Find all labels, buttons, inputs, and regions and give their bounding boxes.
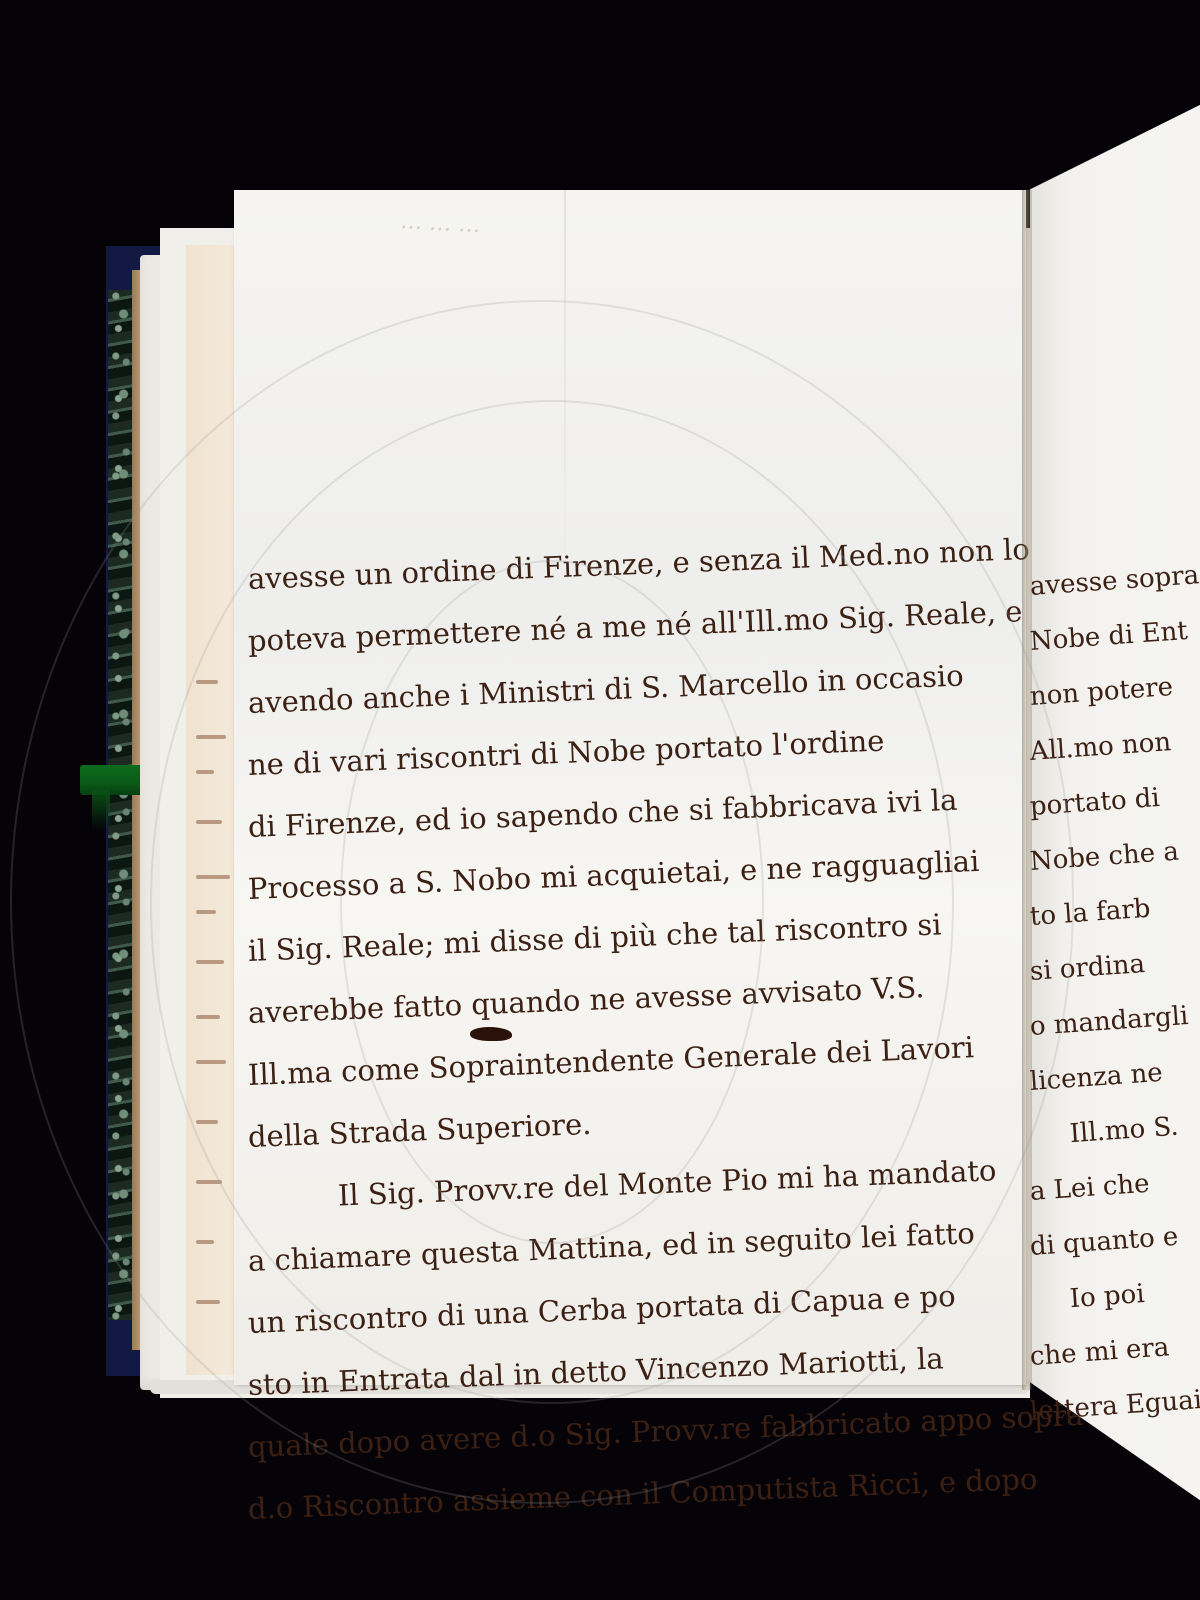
green-ribbon-tail — [92, 790, 110, 830]
manuscript-photo: … … … avesse un ordine di Firenze, e sen… — [0, 0, 1200, 1600]
ink-blot — [470, 1027, 512, 1041]
marbled-binding — [108, 290, 134, 1320]
right-page-handwriting: avesse sopra Nobe di Ent non potere All.… — [1030, 560, 1200, 1420]
left-page-handwriting: avesse un ordine di Firenze, e senza il … — [248, 548, 1018, 1540]
